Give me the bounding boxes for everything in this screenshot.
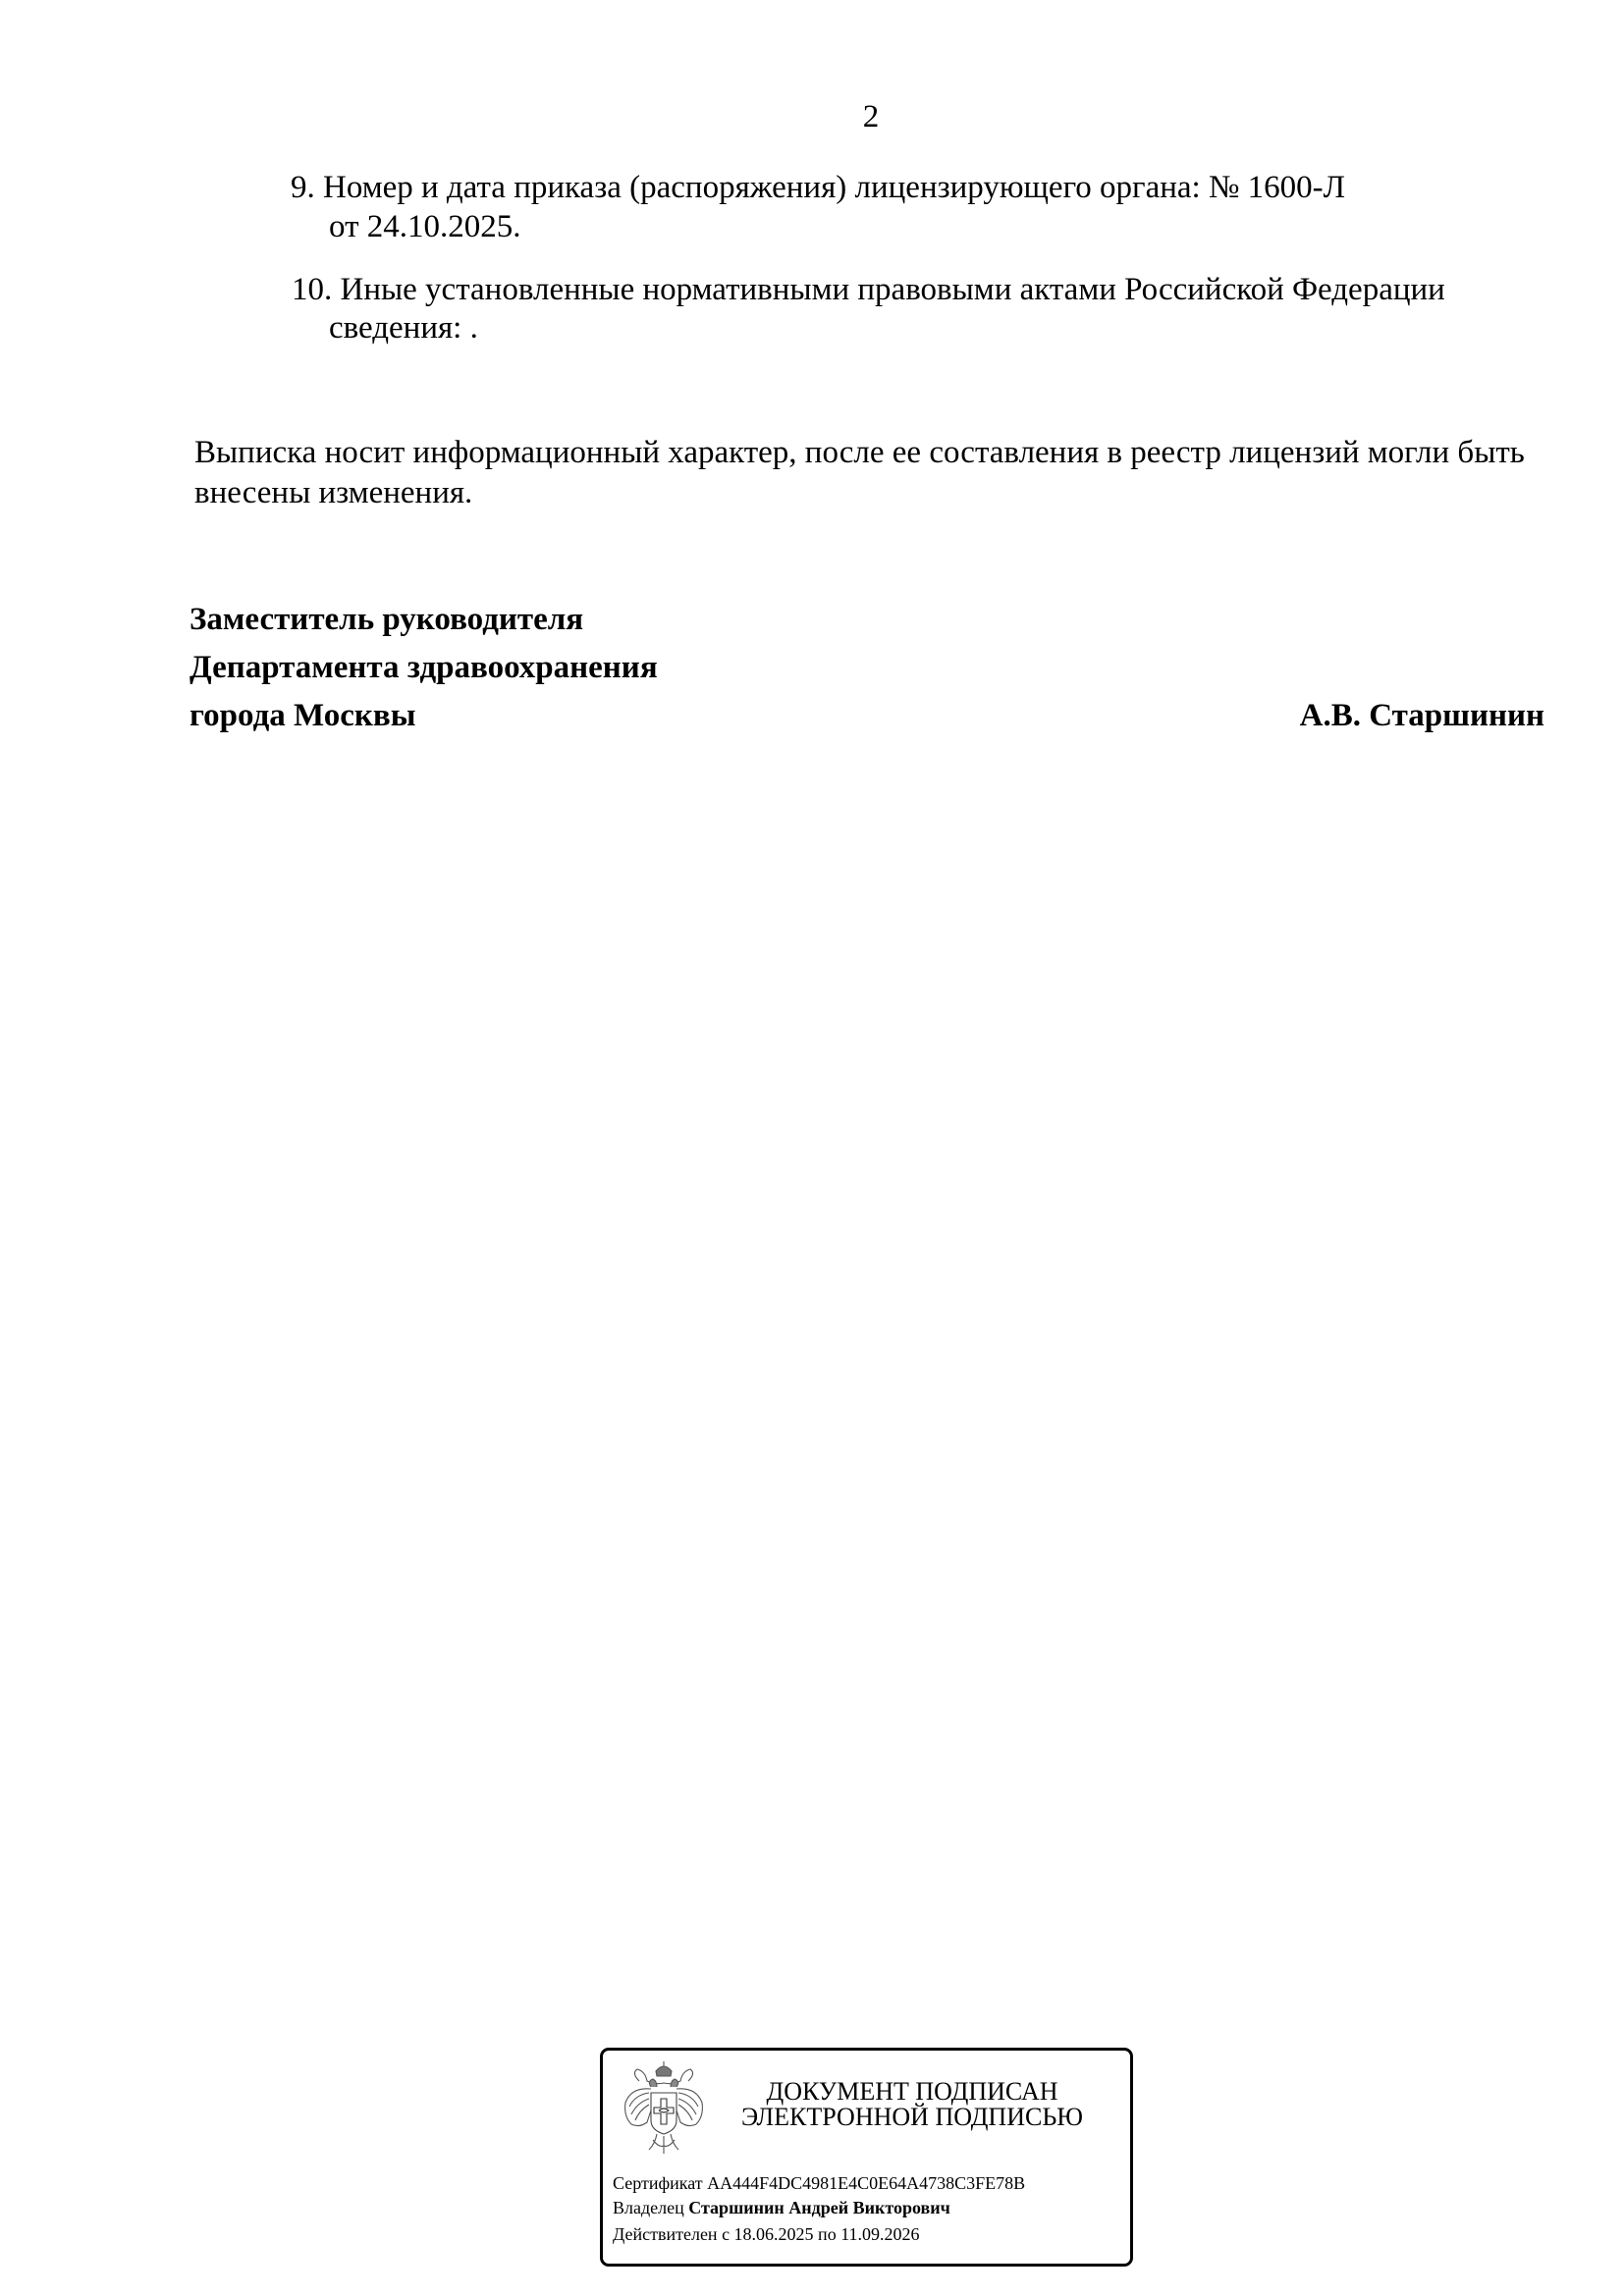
page-number: 2 — [0, 99, 1624, 135]
owner-label: Владелец — [613, 2198, 684, 2217]
e-signature-stamp: ДОКУМЕНТ ПОДПИСАН ЭЛЕКТРОННОЙ ПОДПИСЬЮ С… — [600, 2048, 1133, 2267]
owner-value: Старшинин Андрей Викторович — [688, 2198, 950, 2217]
coat-of-arms-icon — [622, 2059, 706, 2160]
certificate-value: AA444F4DC4981E4C0E64A4738C3FE78B — [707, 2173, 1025, 2193]
e-signature-title-line2: ЭЛЕКТРОННОЙ ПОДПИСЬЮ — [711, 2105, 1113, 2130]
signatory-position-line3: города Москвы — [189, 700, 415, 732]
item-10-number: 10. — [292, 272, 332, 307]
item-9-text: Номер и дата приказа (распоряжения) лице… — [323, 170, 1345, 205]
item-10-line1: 10. Иные установленные нормативными прав… — [292, 274, 1445, 306]
disclaimer-line1: Выписка носит информационный характер, п… — [194, 437, 1525, 469]
validity-line: Действителен с 18.06.2025 по 11.09.2026 — [613, 2225, 920, 2243]
e-signature-title-line1: ДОКУМЕНТ ПОДПИСАН — [711, 2079, 1113, 2105]
owner-line: Владелец Старшинин Андрей Викторович — [613, 2199, 950, 2216]
item-10-text: Иные установленные нормативными правовым… — [341, 272, 1445, 307]
item-9-number: 9. — [291, 170, 315, 205]
certificate-line: Сертификат AA444F4DC4981E4C0E64A4738C3FE… — [613, 2174, 1025, 2192]
signatory-position-line2: Департамента здравоохранения — [189, 652, 658, 684]
disclaimer-line2: внесены изменения. — [194, 477, 472, 509]
item-9-line1: 9. Номер и дата приказа (распоряжения) л… — [291, 172, 1345, 204]
signatory-name: А.В. Старшинин — [1300, 700, 1544, 732]
certificate-label: Сертификат — [613, 2173, 703, 2193]
signatory-position-line1: Заместитель руководителя — [189, 604, 583, 636]
item-9-line2: от 24.10.2025. — [329, 211, 521, 243]
item-10-line2: сведения: . — [329, 312, 478, 345]
